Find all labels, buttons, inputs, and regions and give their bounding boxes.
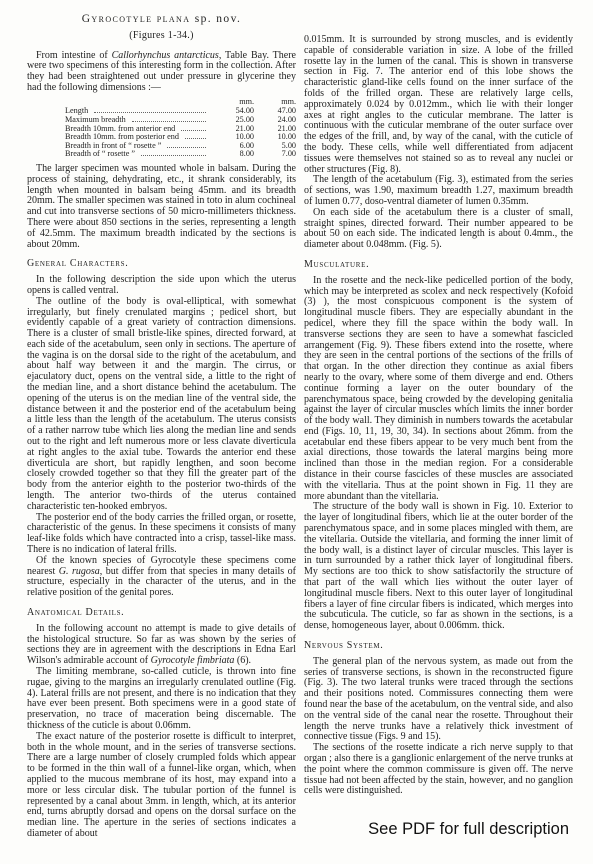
dot-leader [185, 138, 206, 139]
table-value: 7.00 [254, 150, 296, 159]
paragraph: The limiting membrane, so-called cuticle… [27, 667, 296, 732]
paragraph: The length of the acetabulum (Fig. 3), e… [304, 175, 573, 207]
paragraph: The outline of the body is oval-elliptic… [27, 297, 296, 513]
paragraph: The larger specimen was mounted whole in… [27, 164, 296, 250]
section-heading: Anatomical Details. [27, 608, 296, 619]
dot-leader [167, 147, 206, 148]
title-block: Gyrocotyle plana sp. nov. (Figures 1-34.… [27, 14, 296, 42]
article-title: Gyrocotyle plana sp. nov. [27, 14, 296, 25]
dot-leader [141, 155, 206, 156]
right-column-blocks: 0.015mm. It is surrounded by strong musc… [304, 35, 573, 839]
dot-leader [94, 112, 206, 113]
paragraph: Of the known species of Gyrocotyle these… [27, 556, 296, 599]
table-col-header: mm. [212, 98, 254, 107]
figures-caption: (Figures 1-34.) [27, 31, 296, 42]
paragraph: In the following account no attempt is m… [27, 624, 296, 667]
section-heading: Nervous System. [304, 641, 573, 652]
title-suffix: sp. nov. [190, 13, 241, 25]
paragraph: In the following description the side up… [27, 275, 296, 297]
section-heading: General Characters. [27, 259, 296, 270]
paragraph: In the rosette and the neck-like pedicel… [304, 276, 573, 503]
journal-page: Gyrocotyle plana sp. nov. (Figures 1-34.… [0, 0, 593, 864]
paragraph: The structure of the body wall is shown … [304, 502, 573, 632]
table-value: 8.00 [212, 150, 254, 159]
right-column: 0.015mm. It is surrounded by strong musc… [304, 0, 573, 839]
table-cell-label: Breadth of “ rosette ” [65, 150, 135, 159]
table-col-header: mm. [254, 98, 296, 107]
measurements-table: mm.mm.Length54.0047.00Maximum breadth25.… [65, 98, 296, 159]
dot-leader [132, 121, 206, 122]
paragraph: The sections of the rosette indicate a r… [304, 743, 573, 797]
paragraph: From intestine of Callorhynchus antarcti… [27, 51, 296, 94]
left-column: Gyrocotyle plana sp. nov. (Figures 1-34.… [27, 0, 296, 840]
left-column-blocks: From intestine of Callorhynchus antarcti… [27, 51, 296, 840]
section-heading: Musculature. [304, 260, 573, 271]
paragraph: 0.015mm. It is surrounded by strong musc… [304, 35, 573, 175]
paragraph: The general plan of the nervous system, … [304, 657, 573, 743]
table-row: Breadth of “ rosette ”8.007.00 [65, 150, 296, 159]
pdf-note: See PDF for full description [304, 819, 573, 839]
table-header-row: mm.mm. [65, 98, 296, 107]
paragraph: The exact nature of the posterior rosett… [27, 732, 296, 840]
dot-leader [181, 130, 206, 131]
paragraph: On each side of the acetabulum there is … [304, 208, 573, 251]
species-name: Gyrocotyle plana [82, 13, 191, 25]
paragraph: The posterior end of the body carries th… [27, 513, 296, 556]
